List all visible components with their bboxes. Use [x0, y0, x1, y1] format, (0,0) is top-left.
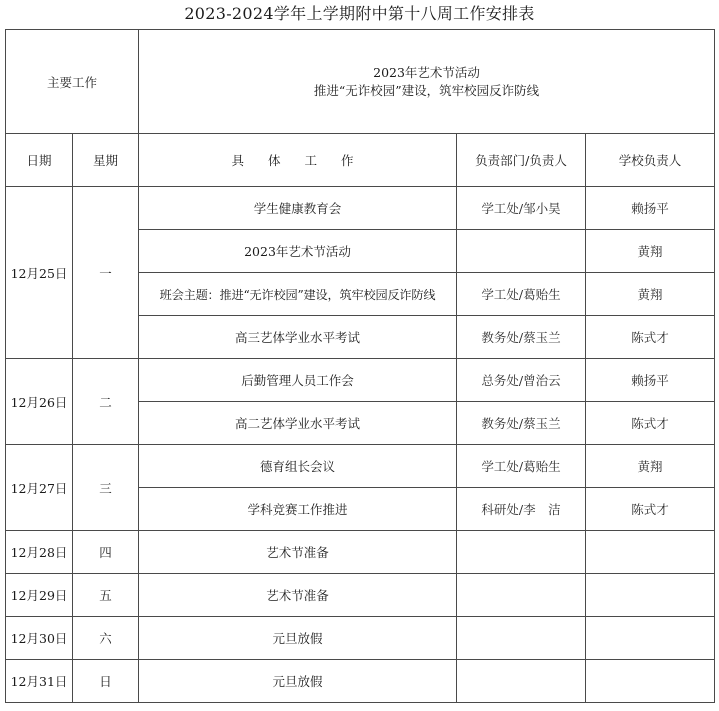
work-cell: 元旦放假 [139, 617, 457, 660]
leader-cell [586, 617, 715, 660]
main-work-content: 2023年艺术节活动 推进“无诈校园”建设，筑牢校园反诈防线 [139, 30, 715, 134]
date-cell: 12月30日 [6, 617, 73, 660]
column-header-date: 日期 [6, 134, 73, 187]
leader-cell: 黄翔 [586, 230, 715, 273]
table-row: 12月25日 一 学生健康教育会 学工处/邹小昊 赖扬平 [6, 187, 715, 230]
dept-cell: 学工处/葛贻生 [457, 273, 586, 316]
leader-cell [586, 531, 715, 574]
leader-cell [586, 574, 715, 617]
document-title: 2023-2024学年上学期附中第十八周工作安排表 [0, 3, 719, 25]
table-row: 12月30日 六 元旦放假 [6, 617, 715, 660]
weekday-cell: 五 [73, 574, 139, 617]
work-cell: 元旦放假 [139, 660, 457, 703]
column-header-row: 日期 星期 具 体 工 作 负责部门/负责人 学校负责人 [6, 134, 715, 187]
date-cell: 12月27日 [6, 445, 73, 531]
dept-cell [457, 660, 586, 703]
main-work-line-2: 推进“无诈校园”建设，筑牢校园反诈防线 [139, 82, 714, 100]
weekday-cell: 一 [73, 187, 139, 359]
schedule-table: 主要工作 2023年艺术节活动 推进“无诈校园”建设，筑牢校园反诈防线 日期 星… [5, 29, 715, 703]
table-row: 12月28日 四 艺术节准备 [6, 531, 715, 574]
dept-cell: 总务处/曾治云 [457, 359, 586, 402]
main-work-row: 主要工作 2023年艺术节活动 推进“无诈校园”建设，筑牢校园反诈防线 [6, 30, 715, 134]
work-cell: 学科竞赛工作推进 [139, 488, 457, 531]
main-work-line-1: 2023年艺术节活动 [139, 64, 714, 82]
leader-cell: 黄翔 [586, 273, 715, 316]
dept-cell [457, 574, 586, 617]
main-work-label: 主要工作 [6, 30, 139, 134]
leader-cell: 陈式才 [586, 488, 715, 531]
weekday-cell: 日 [73, 660, 139, 703]
date-cell: 12月31日 [6, 660, 73, 703]
column-header-dept: 负责部门/负责人 [457, 134, 586, 187]
leader-cell: 黄翔 [586, 445, 715, 488]
dept-cell: 学工处/葛贻生 [457, 445, 586, 488]
dept-cell: 教务处/蔡玉兰 [457, 402, 586, 445]
column-header-weekday: 星期 [73, 134, 139, 187]
weekday-cell: 四 [73, 531, 139, 574]
work-cell: 高二艺体学业水平考试 [139, 402, 457, 445]
work-cell: 2023年艺术节活动 [139, 230, 457, 273]
leader-cell: 陈式才 [586, 316, 715, 359]
dept-cell: 教务处/蔡玉兰 [457, 316, 586, 359]
dept-cell [457, 531, 586, 574]
table-row: 12月31日 日 元旦放假 [6, 660, 715, 703]
work-cell: 艺术节准备 [139, 574, 457, 617]
weekday-cell: 六 [73, 617, 139, 660]
leader-cell: 赖扬平 [586, 187, 715, 230]
work-cell: 艺术节准备 [139, 531, 457, 574]
leader-cell [586, 660, 715, 703]
date-cell: 12月28日 [6, 531, 73, 574]
dept-cell: 科研处/李 洁 [457, 488, 586, 531]
dept-cell: 学工处/邹小昊 [457, 187, 586, 230]
dept-cell [457, 617, 586, 660]
weekday-cell: 二 [73, 359, 139, 445]
leader-cell: 赖扬平 [586, 359, 715, 402]
work-cell: 学生健康教育会 [139, 187, 457, 230]
column-header-leader: 学校负责人 [586, 134, 715, 187]
table-row: 12月29日 五 艺术节准备 [6, 574, 715, 617]
weekday-cell: 三 [73, 445, 139, 531]
leader-cell: 陈式才 [586, 402, 715, 445]
work-cell: 后勤管理人员工作会 [139, 359, 457, 402]
column-header-work: 具 体 工 作 [139, 134, 457, 187]
work-cell: 德育组长会议 [139, 445, 457, 488]
date-cell: 12月26日 [6, 359, 73, 445]
dept-cell [457, 230, 586, 273]
table-row: 12月26日 二 后勤管理人员工作会 总务处/曾治云 赖扬平 [6, 359, 715, 402]
table-row: 12月27日 三 德育组长会议 学工处/葛贻生 黄翔 [6, 445, 715, 488]
date-cell: 12月29日 [6, 574, 73, 617]
date-cell: 12月25日 [6, 187, 73, 359]
work-cell: 班会主题：推进“无诈校园”建设，筑牢校园反诈防线 [139, 273, 457, 316]
work-cell: 高三艺体学业水平考试 [139, 316, 457, 359]
